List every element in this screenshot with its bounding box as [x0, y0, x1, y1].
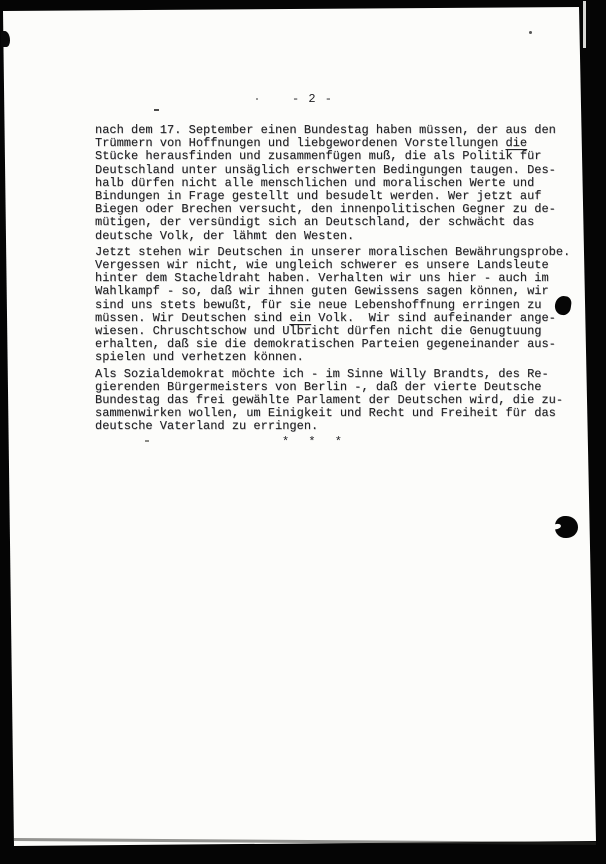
text-segment: Jetzt stehen wir Deutschen in unserer mo… — [95, 245, 570, 259]
scan-speck — [256, 98, 258, 100]
document-text: nach dem 17. September einen Bundestag h… — [95, 124, 580, 437]
text-segment: Bundestag das frei gewählte Parlament de… — [95, 393, 563, 407]
paragraph: nach dem 17. September einen Bundestag h… — [95, 124, 580, 243]
text-segment: nach dem 17. September einen Bundestag h… — [95, 123, 556, 137]
text-line: deutsche Vaterland zu erringen. — [95, 420, 580, 433]
scan-speck — [529, 31, 532, 34]
text-segment: Deutschland unter unsäglich erschwerten … — [95, 163, 556, 177]
scan-speck — [145, 440, 149, 442]
text-segment: deutsche Volk, der lähmt den Westen. — [95, 229, 354, 243]
text-segment: Trümmern von Hoffnungen und liebgeworden… — [95, 136, 505, 150]
text-line: deutsche Volk, der lähmt den Westen. — [95, 230, 580, 243]
text-segment: wiesen. Chruschtschow und Ulbricht dürfe… — [95, 324, 541, 338]
paragraph: Als Sozialdemokrat möchte ich - im Sinne… — [95, 368, 580, 434]
text-segment: spielen und verhetzen können. — [95, 350, 304, 364]
page-number: - 2 - — [0, 92, 606, 106]
text-segment: halb dürfen nicht alle menschlichen und … — [95, 176, 534, 190]
text-segment: Stücke herausfinden und zusammenfügen mu… — [95, 149, 541, 163]
text-segment: gierenden Bürgermeisters von Berlin -, d… — [95, 380, 541, 394]
text-segment: Volk. Wir sind aufeinander ange- — [311, 311, 556, 325]
text-segment: Biegen oder Brechen versucht, den innenp… — [95, 202, 556, 216]
scan-background: - 2 - nach dem 17. September einen Bunde… — [0, 0, 606, 864]
text-segment: deutsche Vaterland zu erringen. — [95, 419, 318, 433]
text-segment: hinter dem Stacheldraht haben. Verhalten… — [95, 271, 549, 285]
scan-corner-mark — [1, 31, 10, 47]
underlined-text: ein — [289, 311, 311, 325]
text-segment: Vergessen wir nicht, wie ungleich schwer… — [95, 258, 549, 272]
text-segment: sind uns stets bewußt, für sie neue Lebe… — [95, 298, 541, 312]
text-segment: erhalten, daß sie die demokratischen Par… — [95, 337, 556, 351]
scan-edge-streak — [583, 1, 586, 48]
text-line: spielen und verhetzen können. — [95, 351, 580, 364]
text-segment: Wahlkampf - so, daß wir ihnen guten Gewi… — [95, 284, 549, 298]
scan-speck — [154, 109, 159, 111]
text-segment: sammenwirken wollen, um Einigkeit und Re… — [95, 406, 556, 420]
text-segment: mütigen, der versündigt sich an Deutschl… — [95, 215, 534, 229]
asterisk-separator: * * * — [270, 435, 360, 449]
paragraph: Jetzt stehen wir Deutschen in unserer mo… — [95, 246, 580, 365]
text-segment: müssen. Wir Deutschen sind — [95, 311, 289, 325]
text-segment: Als Sozialdemokrat möchte ich - im Sinne… — [95, 367, 549, 381]
text-segment: Bindungen in Frage gestellt und besudelt… — [95, 189, 541, 203]
underlined-text: die — [505, 136, 527, 150]
